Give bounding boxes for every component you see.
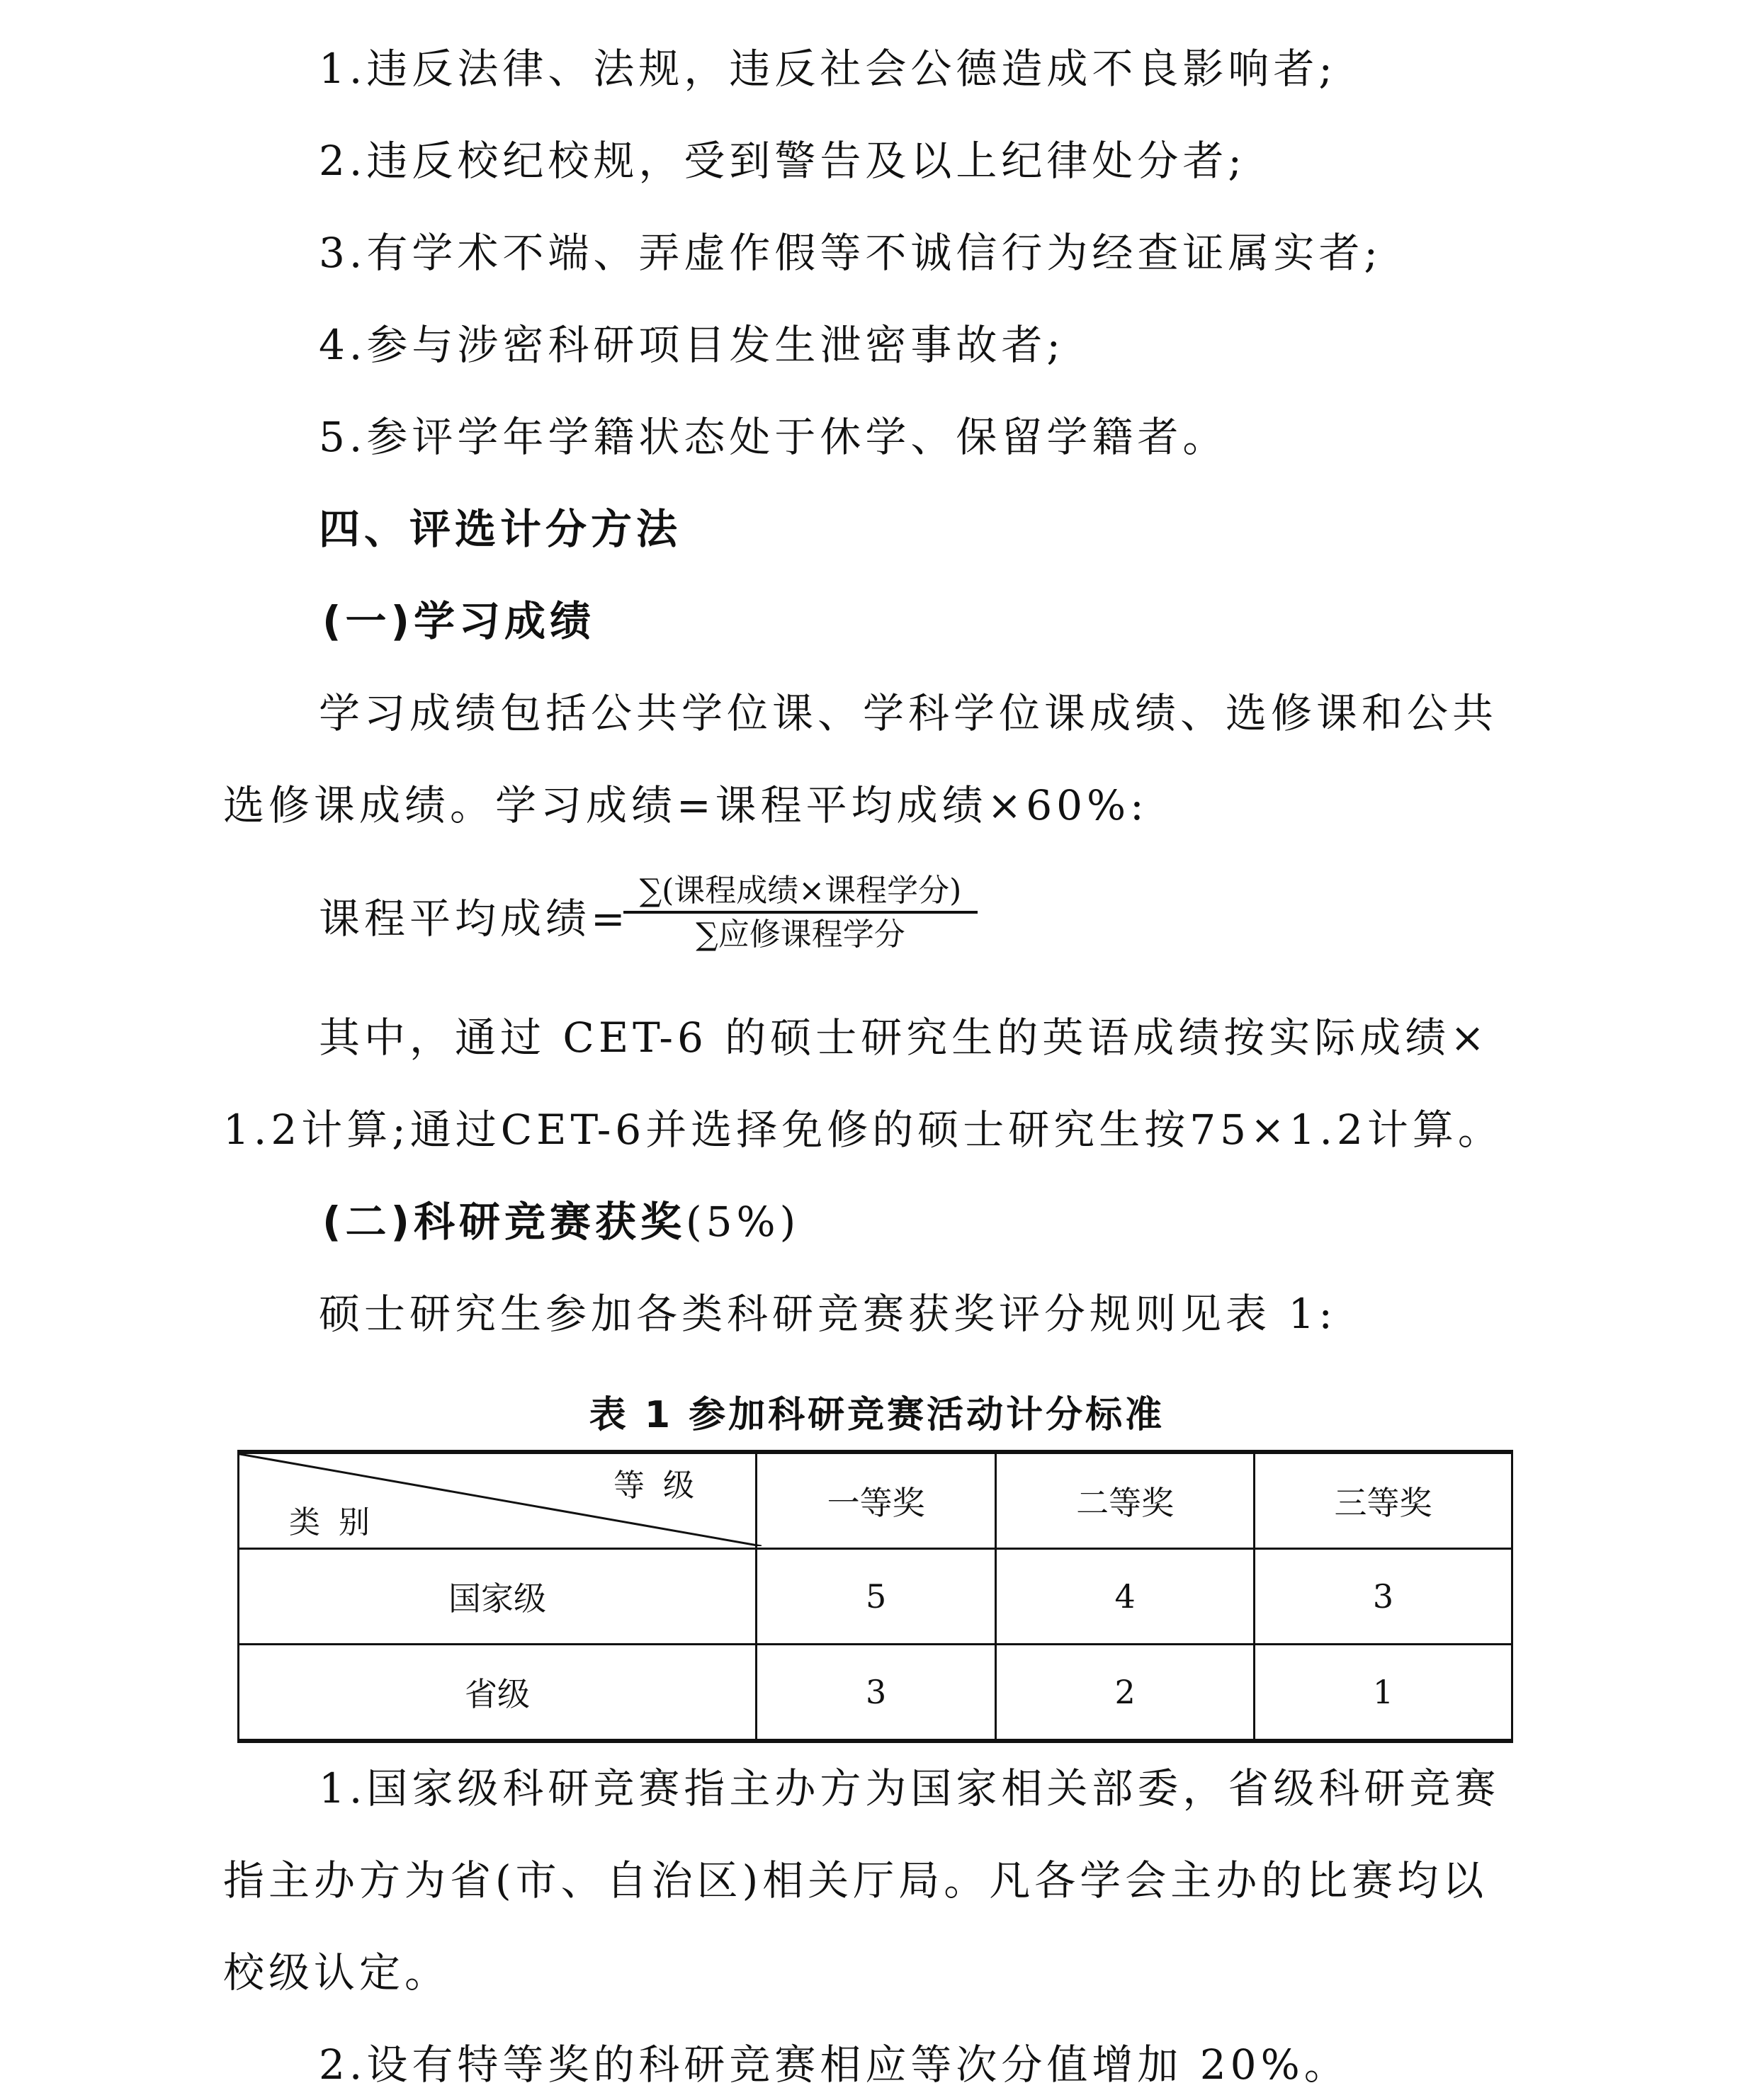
table-cell: 1 <box>1255 1645 1512 1742</box>
table-row-label: 省级 <box>239 1645 757 1742</box>
formula-denominator: ∑应修课程学分 <box>623 914 978 956</box>
note-line: 指主办方为省(市、自治区)相关厅局。凡各学会主办的比赛均以 <box>223 1856 1488 1905</box>
table-header-cell: 二等奖 <box>996 1452 1255 1549</box>
list-item: 2.违反校纪校规，受到警告及以上纪律处分者; <box>319 136 1246 186</box>
section-heading: 四、评选计分方法 <box>319 504 681 554</box>
table-cell: 3 <box>757 1645 996 1742</box>
corner-label-category: 类别 <box>289 1497 388 1542</box>
corner-label-grade: 等级 <box>613 1460 713 1505</box>
paragraph-line: 选修课成绩。学习成绩=课程平均成绩×60%: <box>223 781 1148 830</box>
paragraph-line: 其中，通过 CET-6 的硕士研究生的英语成绩按实际成绩× <box>319 1013 1489 1062</box>
table-cell: 2 <box>996 1645 1255 1742</box>
list-item: 5.参评学年学籍状态处于休学、保留学籍者。 <box>319 412 1228 462</box>
formula-fraction: ∑(课程成绩×课程学分) ∑应修课程学分 <box>623 871 978 956</box>
table-cell: 5 <box>757 1549 996 1645</box>
subsection-weight: (5%) <box>686 1198 800 1246</box>
paragraph-line: 硕士研究生参加各类科研竞赛获奖评分规则见表 1: <box>319 1289 1337 1339</box>
table-header-row: 等级 类别 一等奖 二等奖 三等奖 <box>239 1452 1512 1549</box>
table-row: 国家级 5 4 3 <box>239 1549 1512 1645</box>
list-item: 1.违反法律、法规，违反社会公德造成不良影响者; <box>319 44 1337 93</box>
list-item: 3.有学术不端、弄虚作假等不诚信行为经查证属实者; <box>319 228 1382 278</box>
subsection-heading: (一)学习成绩 <box>322 596 595 646</box>
table-row: 省级 3 2 1 <box>239 1645 1512 1742</box>
note-line: 校级认定。 <box>223 1948 450 1997</box>
formula-label: 课程平均成绩= <box>319 894 630 943</box>
table-caption: 表 1 参加科研竞赛活动计分标准 <box>0 1385 1754 1438</box>
table-cell: 4 <box>996 1549 1255 1645</box>
table-row-label: 国家级 <box>239 1549 757 1645</box>
table-header-cell: 三等奖 <box>1255 1452 1512 1549</box>
subsection-title: (二)科研竞赛获奖 <box>322 1198 686 1246</box>
note-line: 1.国家级科研竞赛指主办方为国家相关部委，省级科研竞赛 <box>319 1764 1500 1813</box>
note-line: 2.设有特等奖的科研竞赛相应等次分值增加 20%。 <box>319 2040 1350 2089</box>
subsection-heading: (二)科研竞赛获奖(5%) <box>322 1197 800 1247</box>
list-item: 4.参与涉密科研项目发生泄密事故者; <box>319 320 1065 370</box>
score-table: 等级 类别 一等奖 二等奖 三等奖 国家级 5 4 3 省级 3 2 1 <box>237 1450 1513 1743</box>
table-cell: 3 <box>1255 1549 1512 1645</box>
table-header-cell: 一等奖 <box>757 1452 996 1549</box>
table-corner-cell: 等级 类别 <box>239 1452 757 1549</box>
formula-numerator: ∑(课程成绩×课程学分) <box>623 871 978 914</box>
paragraph-line: 1.2计算;通过CET-6并选择免修的硕士研究生按75×1.2计算。 <box>223 1105 1503 1154</box>
paragraph-line: 学习成绩包括公共学位课、学科学位课成绩、选修课和公共 <box>319 688 1498 738</box>
